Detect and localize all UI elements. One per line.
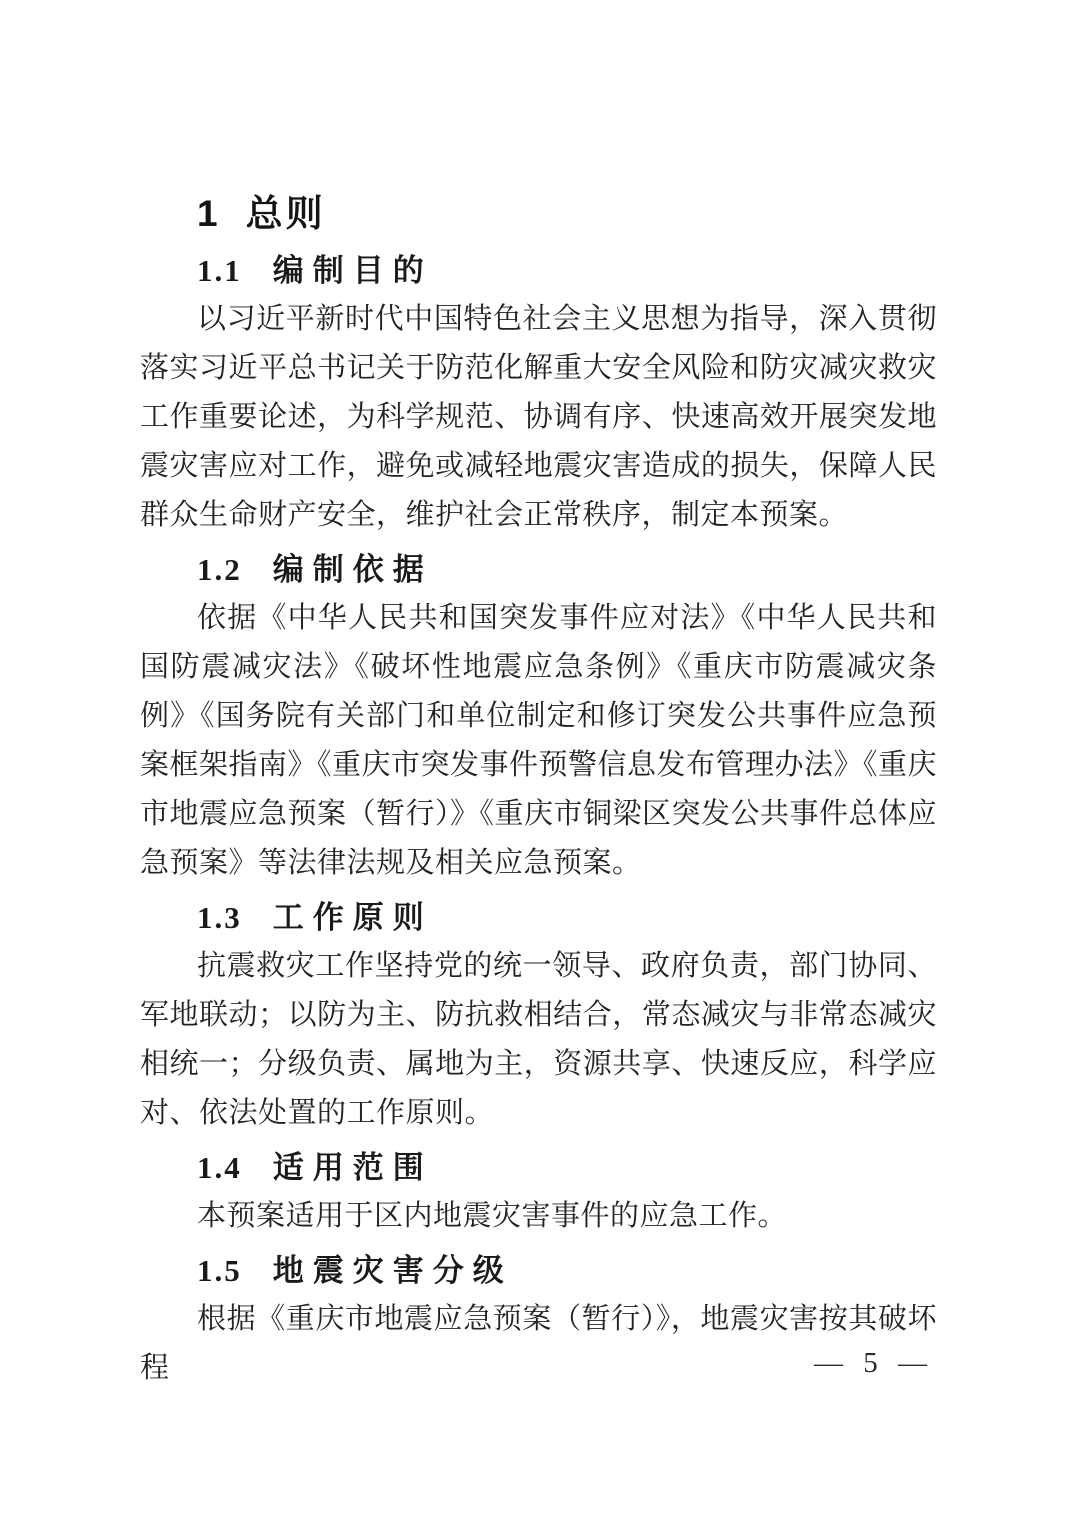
document-content: 1总则 1.1编制目的 以习近平新时代中国特色社会主义思想为指导，深入贯彻落实习… <box>140 186 937 1393</box>
section-heading-1-4: 1.4适用范围 <box>140 1143 937 1192</box>
section-number: 1.2 <box>197 552 242 587</box>
document-page: 1总则 1.1编制目的 以习近平新时代中国特色社会主义思想为指导，深入贯彻落实习… <box>0 0 1074 1520</box>
section-title: 适用范围 <box>273 1150 433 1185</box>
chapter-title: 总则 <box>246 193 326 234</box>
section-heading-1-2: 1.2编制依据 <box>140 545 937 594</box>
section-heading-1-1: 1.1编制目的 <box>140 246 937 295</box>
paragraph-scope-of-application: 本预案适用于区内地震灾害事件的应急工作。 <box>140 1192 937 1241</box>
section-title: 工作原则 <box>273 900 433 935</box>
section-title: 地震灾害分级 <box>273 1253 513 1288</box>
chapter-number: 1 <box>197 193 218 234</box>
paragraph-working-principles: 抗震救灾工作坚持党的统一领导、政府负责，部门协同、军地联动；以防为主、防抗救相结… <box>140 942 937 1138</box>
section-heading-1-3: 1.3工作原则 <box>140 893 937 942</box>
paragraph-compilation-basis: 依据《中华人民共和国突发事件应对法》《中华人民共和国防震减灾法》《破坏性地震应急… <box>140 594 937 888</box>
section-number: 1.4 <box>197 1150 242 1185</box>
section-number: 1.3 <box>197 900 242 935</box>
section-heading-1-5: 1.5地震灾害分级 <box>140 1246 937 1295</box>
paragraph-compilation-purpose: 以习近平新时代中国特色社会主义思想为指导，深入贯彻落实习近平总书记关于防范化解重… <box>140 295 937 540</box>
chapter-heading: 1总则 <box>140 186 937 241</box>
section-title: 编制目的 <box>273 253 433 288</box>
section-number: 1.1 <box>197 253 242 288</box>
page-number: — 5 — <box>814 1346 927 1380</box>
section-number: 1.5 <box>197 1253 242 1288</box>
section-title: 编制依据 <box>273 552 433 587</box>
